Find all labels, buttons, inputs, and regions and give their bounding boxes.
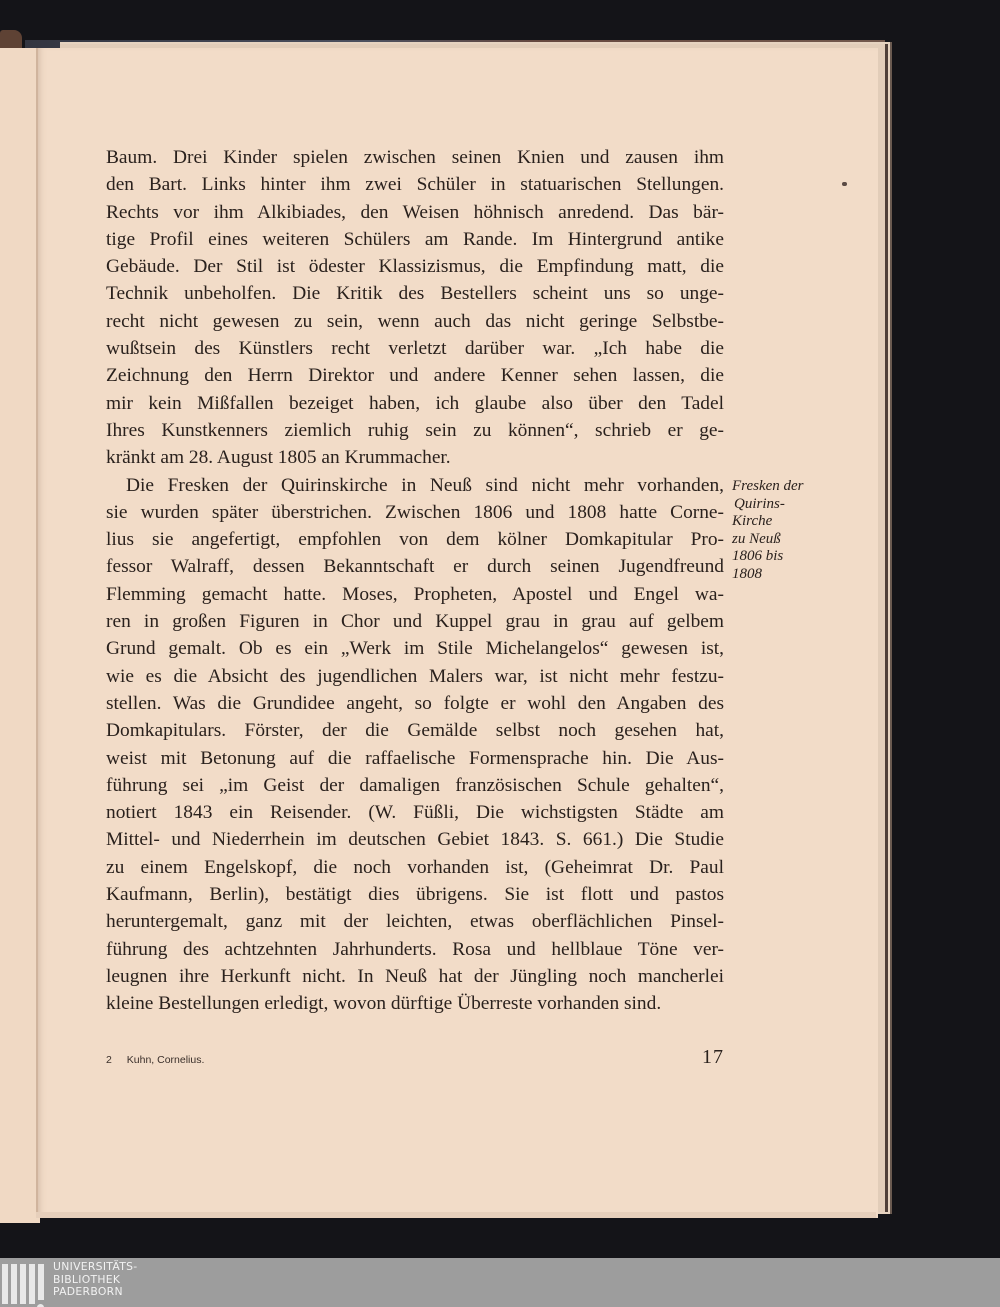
- marginal-line: Quirins-: [732, 496, 842, 514]
- text-line: wie es die Absicht des jugendlichen Male…: [106, 663, 724, 690]
- text-line: wußtsein des Künstlers recht verletzt da…: [106, 335, 724, 362]
- text-line: Ihres Kunstkenners ziemlich ruhig sein z…: [106, 417, 724, 444]
- marginal-line: 1808: [732, 566, 842, 584]
- page-number: 17: [702, 1046, 724, 1069]
- text-line: leugnen ihre Herkunft nicht. In Neuß hat…: [106, 963, 724, 990]
- text-line: Grund gemalt. Ob es ein „Werk im Stile M…: [106, 635, 724, 662]
- paragraph-2: Die Fresken der Quirinskirche in Neuß si…: [106, 472, 724, 1018]
- marginal-line: 1806 bis: [732, 548, 842, 566]
- text-line: Mittel- und Niederrhein im deutschen Geb…: [106, 826, 724, 853]
- text-line: führung des achtzehnten Jahrhunderts. Ro…: [106, 936, 724, 963]
- text-line: kränkt am 28. August 1805 an Krummacher.: [106, 444, 724, 471]
- marginal-line: Kirche: [732, 513, 842, 531]
- paper-speck: [842, 182, 847, 186]
- text-line: den Bart. Links hinter ihm zwei Schüler …: [106, 171, 724, 198]
- signature-number: 2: [106, 1054, 112, 1066]
- scan-background: Baum. Drei Kinder spielen zwischen seine…: [0, 0, 1000, 1258]
- text-line: Flemming gemacht hatte. Moses, Propheten…: [106, 581, 724, 608]
- library-name-line: PADERBORN: [53, 1286, 137, 1299]
- library-bars-logo-icon: [0, 1264, 46, 1304]
- text-line: fessor Walraff, dessen Bekanntschaft er …: [106, 553, 724, 580]
- text-line: Gebäude. Der Stil ist ödester Klassizism…: [106, 253, 724, 280]
- marginal-line: zu Neuß: [732, 531, 842, 549]
- body-text: Baum. Drei Kinder spielen zwischen seine…: [106, 144, 724, 1018]
- page-bottom-edge: [36, 1212, 876, 1218]
- text-line: tige Profil eines weiteren Schülers am R…: [106, 226, 724, 253]
- text-line: notiert 1843 ein Reisender. (W. Füßli, D…: [106, 799, 724, 826]
- book-page: Baum. Drei Kinder spielen zwischen seine…: [36, 48, 878, 1218]
- text-line: Technik unbeholfen. Die Kritik des Beste…: [106, 280, 724, 307]
- text-line: lius sie angefertigt, empfohlen von dem …: [106, 526, 724, 553]
- text-line: Die Fresken der Quirinskirche in Neuß si…: [106, 472, 724, 499]
- signature-mark: 2 Kuhn, Cornelius.: [106, 1054, 204, 1066]
- text-line: stellen. Was die Grundidee angeht, so fo…: [106, 690, 724, 717]
- text-line: ren in großen Figuren in Chor und Kuppel…: [106, 608, 724, 635]
- text-line: sie wurden später überstrichen. Zwischen…: [106, 499, 724, 526]
- text-line: Domkapitulars. Förster, der die Gemälde …: [106, 717, 724, 744]
- text-line: Zeichnung den Herrn Direktor und andere …: [106, 362, 724, 389]
- text-line: Baum. Drei Kinder spielen zwischen seine…: [106, 144, 724, 171]
- signature-text: Kuhn, Cornelius.: [127, 1054, 205, 1066]
- text-line: Rechts vor ihm Alkibiades, den Weisen hö…: [106, 199, 724, 226]
- marginal-note: Fresken der Quirins- Kirche zu Neuß 1806…: [732, 478, 842, 583]
- text-line: recht nicht gewesen zu sein, wenn auch d…: [106, 308, 724, 335]
- text-line: weist mit Betonung auf die raffaelische …: [106, 745, 724, 772]
- library-banner: UNIVERSITÄTS- BIBLIOTHEK PADERBORN: [0, 1258, 1000, 1307]
- text-line: führung sei „im Geist der damaligen fran…: [106, 772, 724, 799]
- library-name: UNIVERSITÄTS- BIBLIOTHEK PADERBORN: [53, 1261, 137, 1299]
- text-line: Kaufmann, Berlin), bestätigt dies übrige…: [106, 881, 724, 908]
- paragraph-1: Baum. Drei Kinder spielen zwischen seine…: [106, 144, 724, 472]
- text-line: kleine Bestellungen erledigt, wovon dürf…: [106, 990, 724, 1017]
- text-line: heruntergemalt, ganz mit der leichten, e…: [106, 908, 724, 935]
- binding-tear: [0, 30, 22, 50]
- text-line: mir kein Mißfallen bezeiget haben, ich g…: [106, 390, 724, 417]
- marginal-line: Fresken der: [732, 478, 842, 496]
- facing-page-edge: [0, 48, 40, 1223]
- library-name-line: UNIVERSITÄTS-: [53, 1261, 137, 1274]
- text-line: zu einem Engelskopf, die noch vorhanden …: [106, 854, 724, 881]
